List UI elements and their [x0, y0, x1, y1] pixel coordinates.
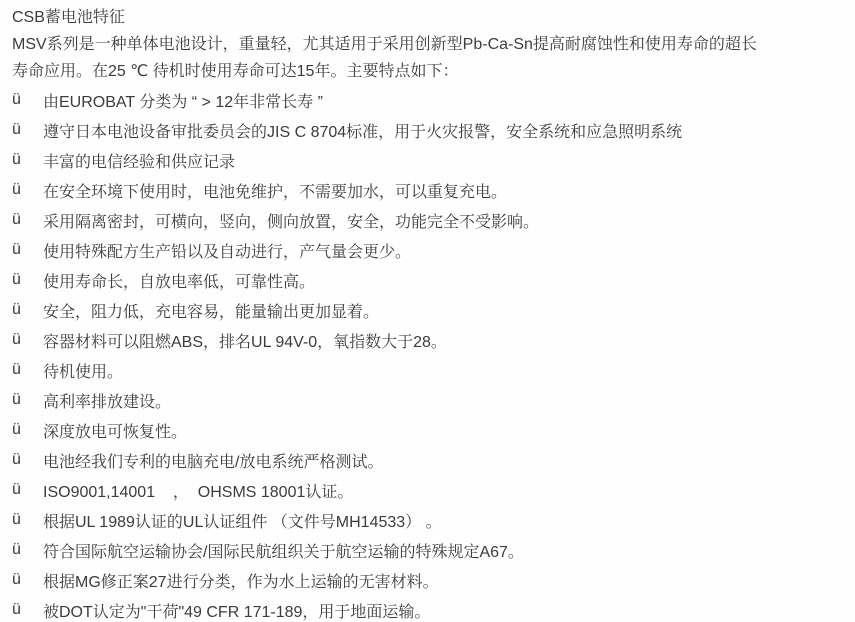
- feature-text: 使用寿命长，自放电率低，可靠性高。: [43, 269, 849, 292]
- check-bullet-icon: ü: [12, 151, 43, 169]
- check-bullet-icon: ü: [12, 241, 43, 259]
- feature-text: 电池经我们专利的电脑充电/放电系统严格测试。: [43, 449, 849, 472]
- feature-list: ü 由EUROBAT 分类为 “ > 12年非常长寿 ” ü 遵守日本电池设备审…: [12, 85, 849, 622]
- feature-item: ü 在安全环境下使用时，电池免维护，不需要加水，可以重复充电。: [12, 175, 849, 205]
- feature-text: 符合国际航空运输协会/国际民航组织关于航空运输的特殊规定A67。: [43, 539, 849, 562]
- feature-text: 被DOT认定为"干荷"49 CFR 171-189，用于地面运输。: [43, 599, 849, 622]
- check-bullet-icon: ü: [12, 391, 43, 409]
- feature-text: 由EUROBAT 分类为 “ > 12年非常长寿 ”: [43, 89, 849, 112]
- feature-text: ISO9001,14001 ， OHSMS 18001认证。: [43, 479, 849, 502]
- feature-item: ü 使用寿命长，自放电率低，可靠性高。: [12, 265, 849, 295]
- feature-item: ü 根据UL 1989认证的UL认证组件 （文件号MH14533） 。: [12, 505, 849, 535]
- feature-item: ü 使用特殊配方生产铅以及自动进行，产气量会更少。: [12, 235, 849, 265]
- feature-text: 深度放电可恢复性。: [43, 419, 849, 442]
- check-bullet-icon: ü: [12, 331, 43, 349]
- feature-item: ü 容器材料可以阻燃ABS，排名UL 94V-0，氧指数大于28。: [12, 325, 849, 355]
- feature-item: ü 遵守日本电池设备审批委员会的JIS C 8704标准，用于火灾报警，安全系统…: [12, 115, 849, 145]
- check-bullet-icon: ü: [12, 181, 43, 199]
- battery-feature-document: CSB蓄电池特征 MSV系列是一种单体电池设计，重量轻，尤其适用于采用创新型Pb…: [0, 0, 855, 622]
- feature-text: 采用隔离密封，可横向，竖向，侧向放置，安全，功能完全不受影响。: [43, 209, 849, 232]
- check-bullet-icon: ü: [12, 301, 43, 319]
- check-bullet-icon: ü: [12, 601, 43, 619]
- feature-text: 待机使用。: [43, 359, 849, 382]
- feature-item: ü 高利率排放建设。: [12, 385, 849, 415]
- feature-item: ü 电池经我们专利的电脑充电/放电系统严格测试。: [12, 445, 849, 475]
- feature-item: ü 安全，阻力低，充电容易，能量输出更加显着。: [12, 295, 849, 325]
- check-bullet-icon: ü: [12, 541, 43, 559]
- feature-text: 在安全环境下使用时，电池免维护，不需要加水，可以重复充电。: [43, 179, 849, 202]
- feature-text: 遵守日本电池设备审批委员会的JIS C 8704标准，用于火灾报警，安全系统和应…: [43, 119, 849, 142]
- feature-text: 丰富的电信经验和供应记录: [43, 149, 849, 172]
- check-bullet-icon: ü: [12, 421, 43, 439]
- check-bullet-icon: ü: [12, 91, 43, 109]
- check-bullet-icon: ü: [12, 481, 43, 499]
- feature-item: ü 被DOT认定为"干荷"49 CFR 171-189，用于地面运输。: [12, 595, 849, 622]
- feature-text: 安全，阻力低，充电容易，能量输出更加显着。: [43, 299, 849, 322]
- feature-item: ü ISO9001,14001 ， OHSMS 18001认证。: [12, 475, 849, 505]
- intro-paragraph: MSV系列是一种单体电池设计，重量轻，尤其适用于采用创新型Pb-Ca-Sn提高耐…: [12, 31, 849, 85]
- feature-item: ü 丰富的电信经验和供应记录: [12, 145, 849, 175]
- check-bullet-icon: ü: [12, 361, 43, 379]
- feature-text: 根据UL 1989认证的UL认证组件 （文件号MH14533） 。: [43, 509, 849, 532]
- intro-line-1: MSV系列是一种单体电池设计，重量轻，尤其适用于采用创新型Pb-Ca-Sn提高耐…: [12, 31, 849, 58]
- feature-item: ü 待机使用。: [12, 355, 849, 385]
- feature-text: 高利率排放建设。: [43, 389, 849, 412]
- check-bullet-icon: ü: [12, 211, 43, 229]
- feature-item: ü 采用隔离密封，可横向，竖向，侧向放置，安全，功能完全不受影响。: [12, 205, 849, 235]
- feature-item: ü 深度放电可恢复性。: [12, 415, 849, 445]
- feature-text: 根据MG修正案27进行分类，作为水上运输的无害材料。: [43, 569, 849, 592]
- feature-item: ü 符合国际航空运输协会/国际民航组织关于航空运输的特殊规定A67。: [12, 535, 849, 565]
- check-bullet-icon: ü: [12, 121, 43, 139]
- feature-item: ü 根据MG修正案27进行分类，作为水上运输的无害材料。: [12, 565, 849, 595]
- feature-text: 容器材料可以阻燃ABS，排名UL 94V-0，氧指数大于28。: [43, 329, 849, 352]
- check-bullet-icon: ü: [12, 451, 43, 469]
- check-bullet-icon: ü: [12, 511, 43, 529]
- page-title: CSB蓄电池特征: [12, 4, 849, 31]
- feature-item: ü 由EUROBAT 分类为 “ > 12年非常长寿 ”: [12, 85, 849, 115]
- feature-text: 使用特殊配方生产铅以及自动进行，产气量会更少。: [43, 239, 849, 262]
- check-bullet-icon: ü: [12, 271, 43, 289]
- intro-line-2: 寿命应用。在25 ℃ 待机时使用寿命可达15年。主要特点如下：: [12, 58, 849, 85]
- check-bullet-icon: ü: [12, 571, 43, 589]
